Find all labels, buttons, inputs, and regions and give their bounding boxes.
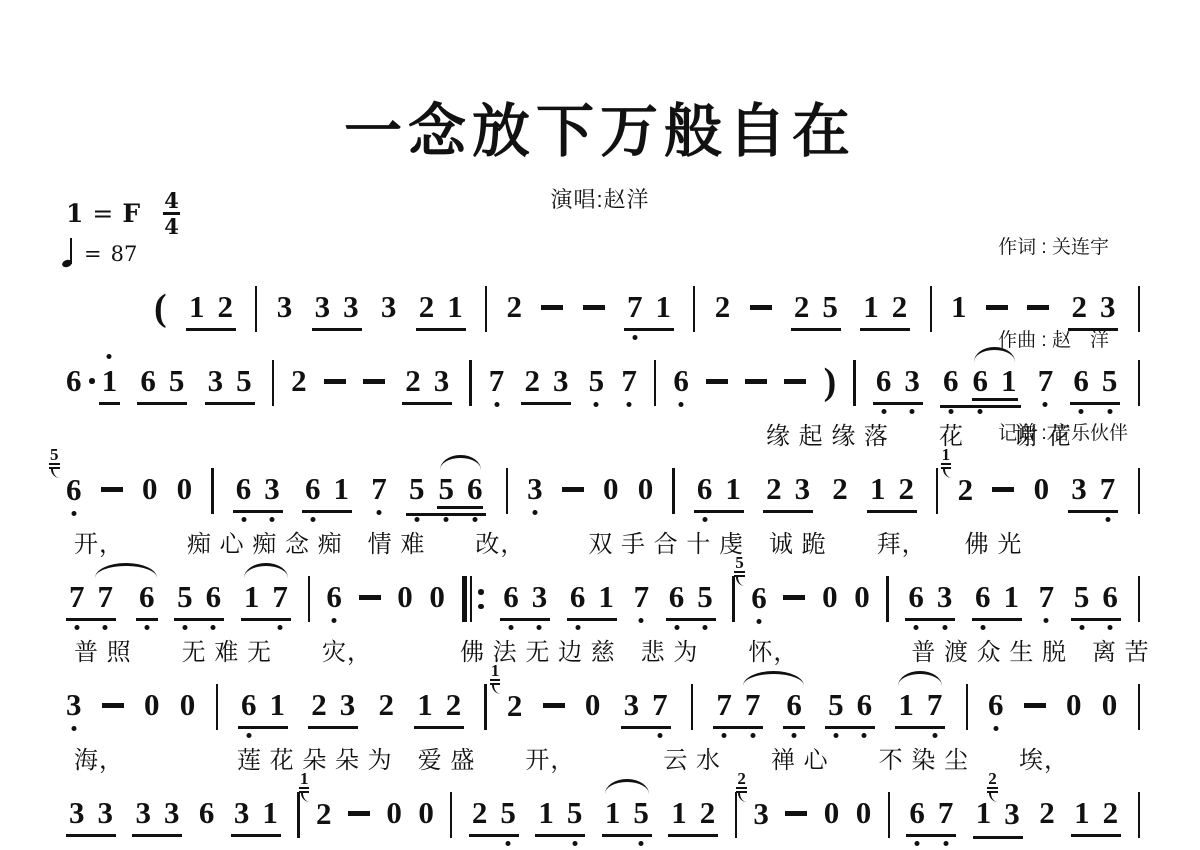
note: 3 — [795, 472, 811, 506]
note: 2 — [892, 290, 908, 324]
note: 6 — [1102, 580, 1118, 614]
note: 3 — [381, 290, 397, 324]
beam-group: 6 — [136, 580, 158, 621]
beam-group: 1 — [99, 364, 121, 405]
note-number: 5 — [500, 796, 516, 830]
note: 7 — [938, 796, 954, 830]
beam-group: 12 — [186, 290, 236, 331]
barline — [1138, 576, 1140, 622]
rest: 0 — [397, 580, 413, 614]
note: 3 — [624, 688, 640, 722]
note-number: 6 — [236, 472, 252, 506]
barline — [654, 360, 656, 406]
note-number: 0 — [180, 688, 196, 722]
duration-dash — [348, 811, 370, 816]
duration-dash — [783, 595, 805, 600]
note: 7 — [1039, 580, 1055, 614]
note-number: 6 — [199, 796, 215, 830]
note: 1 — [898, 688, 914, 722]
note-number: 7 — [652, 688, 668, 722]
time-signature-numerator: 4 — [164, 190, 179, 211]
octave-dot-low — [103, 625, 108, 630]
note: 1 — [1004, 580, 1020, 614]
barline — [484, 684, 486, 730]
note: 6 — [1073, 364, 1089, 398]
note: 1 — [269, 688, 285, 722]
octave-dot-low — [910, 409, 915, 414]
lyrics-line-2: 缘 起 缘 落 花 谢 花 — [66, 416, 1140, 450]
note-number: 6 — [66, 473, 82, 507]
key-signature: 1=F 4 4 — [66, 190, 180, 237]
note: 6 — [943, 364, 959, 398]
note-number: 6 — [876, 364, 892, 398]
note-number: 0 — [822, 580, 838, 614]
barline — [255, 286, 257, 332]
duration-dash — [562, 487, 584, 492]
note: 2 — [472, 796, 488, 830]
note-number: 6 — [697, 472, 713, 506]
note-number: 6 — [975, 580, 991, 614]
note: 7 — [927, 688, 943, 722]
note: 2 — [715, 290, 731, 324]
grace-hook — [943, 469, 953, 478]
note: 1 — [244, 580, 260, 614]
note: 6 — [786, 688, 802, 722]
octave-dot-low — [594, 402, 599, 407]
close-paren: ) — [824, 364, 837, 400]
beam-group: 23 — [1068, 290, 1118, 331]
barline — [308, 576, 310, 622]
note: 1 — [605, 796, 621, 830]
score-line-6: 3333631120025151512230067123212 — [66, 774, 1140, 848]
beam-group: 12 — [867, 472, 917, 513]
note-number: 0 — [142, 472, 158, 506]
note-number: 6 — [909, 796, 925, 830]
note-number: 2 — [507, 290, 523, 324]
note-number: 7 — [1038, 364, 1054, 398]
key-tonic: F — [122, 199, 140, 228]
note-number: 2 — [832, 472, 848, 506]
score-line-5: 3006123212120377765617600 — [66, 666, 1140, 740]
note-number: 3 — [1100, 290, 1116, 324]
note-number: 7 — [489, 364, 505, 398]
note-number: 1 — [538, 796, 554, 830]
beam-group: 65 — [1070, 364, 1120, 405]
octave-dot-low — [881, 409, 886, 414]
score-line-3: 560063617556300612321212037 — [66, 450, 1140, 524]
note-number: 1 — [262, 796, 278, 830]
octave-dot-low — [246, 733, 251, 738]
note-number: 0 — [1102, 688, 1118, 722]
barline — [450, 792, 452, 838]
note-number: 6 — [943, 364, 959, 398]
note-number: 3 — [795, 472, 811, 506]
note-number: 0 — [824, 796, 840, 830]
barline — [485, 286, 487, 332]
note: 3 — [277, 290, 293, 324]
note: 3 — [1100, 290, 1116, 324]
tempo-equals: = — [84, 242, 102, 267]
note-number: 6 — [908, 580, 924, 614]
lyrics-line-4: 普 照 无 难 无 灾， 佛 法 无 边 慈 悲 为 怀， 普 渡 众 生 脱 … — [66, 632, 1140, 666]
note-number: 1 — [870, 472, 886, 506]
note-number: 1 — [269, 688, 285, 722]
lyricist-credit: 作词 : 关连宇 — [998, 232, 1128, 263]
duration-dash — [102, 703, 124, 708]
note: 3 — [69, 796, 85, 830]
note: 6 — [988, 688, 1004, 722]
octave-dot-low — [722, 733, 727, 738]
beam-group: 556 — [406, 472, 487, 516]
beam-group: 61 — [567, 580, 617, 621]
beam-group: 63 — [500, 580, 550, 621]
note: 3 — [98, 796, 114, 830]
note-number: 0 — [638, 472, 654, 506]
duration-dash — [784, 379, 806, 384]
note-number: 7 — [634, 580, 650, 614]
duration-dash — [363, 379, 385, 384]
octave-dot-low — [679, 402, 684, 407]
tempo-bpm: 87 — [111, 242, 138, 267]
note-number: 2 — [405, 364, 421, 398]
beam-group: 12 — [414, 688, 464, 729]
note-number: 2 — [311, 688, 327, 722]
octave-dot-low — [1043, 402, 1048, 407]
note-number: 2 — [291, 364, 307, 398]
rest: 0 — [1034, 472, 1050, 506]
note: 7 — [1100, 472, 1116, 506]
note-number: 3 — [234, 796, 250, 830]
rest: 0 — [603, 472, 619, 506]
barline — [506, 468, 508, 514]
octave-dot-low — [1108, 625, 1113, 630]
note: 2 — [217, 290, 233, 324]
note-number: 7 — [927, 688, 943, 722]
note: 3 — [208, 364, 224, 398]
beam-group: 63 — [905, 580, 955, 621]
grace-note-number: 5 — [49, 446, 60, 469]
note-number: 0 — [1034, 472, 1050, 506]
note: 3 — [315, 290, 331, 324]
duration-dash — [541, 305, 563, 310]
barline — [930, 286, 932, 332]
note: 5 — [438, 472, 454, 506]
beam-group: 12 — [860, 290, 910, 331]
beam-group: 56 — [174, 580, 224, 621]
beam-group: 23 — [402, 364, 452, 405]
note-number: 3 — [527, 472, 543, 506]
note: 3 — [553, 364, 569, 398]
octave-dot-low — [472, 517, 477, 522]
note-number: 3 — [937, 580, 953, 614]
repeat-thick-line — [462, 576, 468, 622]
note-number: 3 — [277, 290, 293, 324]
note: 2 — [507, 689, 523, 723]
beam-group: 661 — [940, 364, 1021, 408]
note: 1 — [598, 580, 614, 614]
note-number: 3 — [98, 796, 114, 830]
octave-dot-low — [862, 733, 867, 738]
note-number: 2 — [507, 689, 523, 723]
rest: 0 — [177, 472, 193, 506]
octave-dot-high — [107, 354, 112, 359]
grace-note-group: 56 — [751, 580, 767, 616]
note-number: 6 — [326, 580, 342, 614]
note-number: 3 — [264, 472, 280, 506]
note: 2 — [794, 290, 810, 324]
beam-group: 63 — [233, 472, 283, 513]
duration-dash — [706, 379, 728, 384]
note-number: 1 — [655, 290, 671, 324]
note: 3 — [340, 688, 356, 722]
note-number: 3 — [69, 796, 85, 830]
beam-group: 61 — [972, 580, 1022, 621]
note: 7 — [69, 580, 85, 614]
repeat-dot — [478, 589, 484, 595]
octave-dot-low — [182, 625, 187, 630]
note: 3 — [434, 364, 450, 398]
rest: 0 — [418, 796, 434, 830]
note: 5 — [169, 364, 185, 398]
grace-note-number: 5 — [734, 554, 745, 577]
duration-dash — [1024, 703, 1046, 708]
lyrics-line-5: 海， 莲 花 朵 朵 为 爱 盛 开， 云 水 禅 心 不 染 尘 埃， — [66, 740, 1140, 774]
barline — [1138, 360, 1140, 406]
octave-dot-low — [575, 625, 580, 630]
beam-group: 15 — [602, 796, 652, 837]
note: 5 — [828, 688, 844, 722]
octave-dot-low — [71, 511, 76, 516]
note: 2 — [316, 797, 332, 831]
note: 5 — [567, 796, 583, 830]
octave-dot-low — [1079, 625, 1084, 630]
note: 1 — [334, 472, 350, 506]
grace-note-group: 12 — [958, 472, 974, 508]
note: 3 — [904, 364, 920, 398]
note: 6 — [503, 580, 519, 614]
grace-note: 1 — [299, 770, 311, 802]
barline — [693, 286, 695, 332]
note-number: 7 — [621, 364, 637, 398]
beam-group: 21 — [416, 290, 466, 331]
beam-group: 61 — [972, 364, 1018, 401]
grace-note-number: 1 — [941, 446, 952, 469]
note-number: 2 — [524, 364, 540, 398]
note-number: 5 — [169, 364, 185, 398]
barline — [1138, 286, 1140, 332]
octave-dot-low — [332, 618, 337, 623]
note: 5 — [589, 364, 605, 398]
note: 1 — [951, 290, 967, 324]
note: 1 — [262, 796, 278, 830]
octave-dot-low — [639, 841, 644, 846]
note-number: 1 — [725, 472, 741, 506]
note-number: 0 — [397, 580, 413, 614]
grace-hook — [736, 577, 746, 586]
rest: 0 — [142, 472, 158, 506]
beam-group: 56 — [825, 688, 875, 729]
octave-dot-low — [657, 733, 662, 738]
grace-hook — [51, 469, 61, 478]
octave-dot-low — [674, 625, 679, 630]
rest: 0 — [854, 580, 870, 614]
octave-dot-low — [532, 510, 537, 515]
octave-dot-low — [278, 625, 283, 630]
note-number: 6 — [857, 688, 873, 722]
note-number: 6 — [673, 364, 689, 398]
note: 2 — [524, 364, 540, 398]
quarter-note-icon — [62, 237, 75, 267]
beam-group: 33 — [312, 290, 362, 331]
note-number: 3 — [624, 688, 640, 722]
note: 7 — [621, 364, 637, 398]
duration-dash — [583, 305, 605, 310]
octave-dot-low — [508, 625, 513, 630]
note: 2 — [766, 472, 782, 506]
score-line-1: (1233332127122512123 — [66, 268, 1140, 342]
grace-note: 5 — [734, 554, 746, 586]
note: 1 — [671, 796, 687, 830]
octave-dot-low — [537, 625, 542, 630]
note: 1 — [538, 796, 554, 830]
note: 2 — [446, 688, 462, 722]
note: 3 — [937, 580, 953, 614]
note-number: 6 — [1073, 364, 1089, 398]
note: 5 — [236, 364, 252, 398]
note-number: 1 — [1074, 796, 1090, 830]
note-number: 0 — [1066, 688, 1082, 722]
note: 5 — [822, 290, 838, 324]
beam-group: 15 — [535, 796, 585, 837]
beam-group: 123 — [973, 796, 1023, 839]
beam-group: 65 — [666, 580, 716, 621]
note: 6 — [909, 796, 925, 830]
duration-dash — [986, 305, 1008, 310]
note-number: 3 — [434, 364, 450, 398]
note: 6 — [206, 580, 222, 614]
note: 6 — [570, 580, 586, 614]
octave-dot-low — [942, 625, 947, 630]
note: 6 — [857, 688, 873, 722]
note-number: 6 — [241, 688, 257, 722]
grace-hook — [492, 685, 502, 694]
note-number: 5 — [567, 796, 583, 830]
augmentation-dot — [89, 378, 95, 384]
note: 5 — [697, 580, 713, 614]
note: 2 — [378, 688, 394, 722]
grace-note-group: 23 — [1004, 796, 1020, 832]
note-number: 5 — [633, 796, 649, 830]
note: 6 — [751, 581, 767, 615]
duration-dash — [359, 595, 381, 600]
note: 2 — [700, 796, 716, 830]
octave-dot-low — [506, 841, 511, 846]
beam-group: 31 — [231, 796, 281, 837]
note-number: 3 — [340, 688, 356, 722]
note-number: 2 — [217, 290, 233, 324]
note-number: 3 — [532, 580, 548, 614]
note: 5 — [500, 796, 516, 830]
note-number: 1 — [189, 290, 205, 324]
note-number: 2 — [958, 473, 974, 507]
note-number: 2 — [700, 796, 716, 830]
note: 1 — [1001, 364, 1017, 398]
octave-dot-low — [376, 510, 381, 515]
duration-dash — [543, 703, 565, 708]
octave-dot-low — [980, 625, 985, 630]
note-number: 7 — [69, 580, 85, 614]
barline — [888, 792, 890, 838]
note-number: 2 — [1039, 796, 1055, 830]
note: 7 — [716, 688, 732, 722]
note-number: 3 — [1004, 797, 1020, 831]
octave-dot-low — [241, 517, 246, 522]
note: 2 — [291, 364, 307, 398]
note-number: 2 — [472, 796, 488, 830]
note-number: 1 — [102, 364, 118, 398]
duration-dash — [785, 811, 807, 816]
note: 7 — [634, 580, 650, 614]
barline — [691, 684, 693, 730]
note-number: 0 — [854, 580, 870, 614]
beam-group: 61 — [238, 688, 288, 729]
note: 7 — [272, 580, 288, 614]
note-number: 2 — [1103, 796, 1119, 830]
note: 2 — [899, 472, 915, 506]
open-paren: ( — [154, 290, 167, 326]
note: 6 — [305, 472, 321, 506]
grace-hook — [989, 793, 999, 802]
octave-dot-low — [914, 625, 919, 630]
note-number: 2 — [378, 688, 394, 722]
octave-dot-low — [211, 625, 216, 630]
note: 1 — [863, 290, 879, 324]
repeat-thin-line — [470, 576, 472, 622]
octave-dot-low — [144, 625, 149, 630]
lyrics-line-3: 开， 痴 心 痴 念 痴 情 难 改， 双 手 合 十 虔 诚 跪 拜， 佛 光 — [66, 524, 1140, 558]
note: 6 — [66, 364, 82, 398]
beam-group: 23 — [308, 688, 358, 729]
note: 7 — [371, 472, 387, 506]
note: 1 — [655, 290, 671, 324]
octave-dot-low — [750, 733, 755, 738]
beam-group: 71 — [624, 290, 674, 331]
note: 6 — [199, 796, 215, 830]
grace-note-group: 12 — [316, 796, 332, 832]
barline — [216, 684, 218, 730]
note-number: 7 — [1039, 580, 1055, 614]
note: 6 — [139, 580, 155, 614]
note-number: 1 — [605, 796, 621, 830]
note: 7 — [652, 688, 668, 722]
note-number: 6 — [139, 580, 155, 614]
note-number: 1 — [1004, 580, 1020, 614]
beam-group: 17 — [895, 688, 945, 729]
note-number: 6 — [1102, 580, 1118, 614]
time-signature: 4 4 — [163, 190, 180, 237]
octave-dot-low — [310, 517, 315, 522]
barline — [1138, 792, 1140, 838]
note: 1 — [1074, 796, 1090, 830]
grace-note: 2 — [987, 770, 999, 802]
octave-dot-low — [792, 733, 797, 738]
note-number: 6 — [570, 580, 586, 614]
note: 2 — [832, 472, 848, 506]
grace-note: 5 — [49, 446, 61, 478]
song-title: 一念放下万般自在 — [0, 84, 1200, 168]
rest: 0 — [180, 688, 196, 722]
grace-note-number: 1 — [490, 662, 501, 685]
